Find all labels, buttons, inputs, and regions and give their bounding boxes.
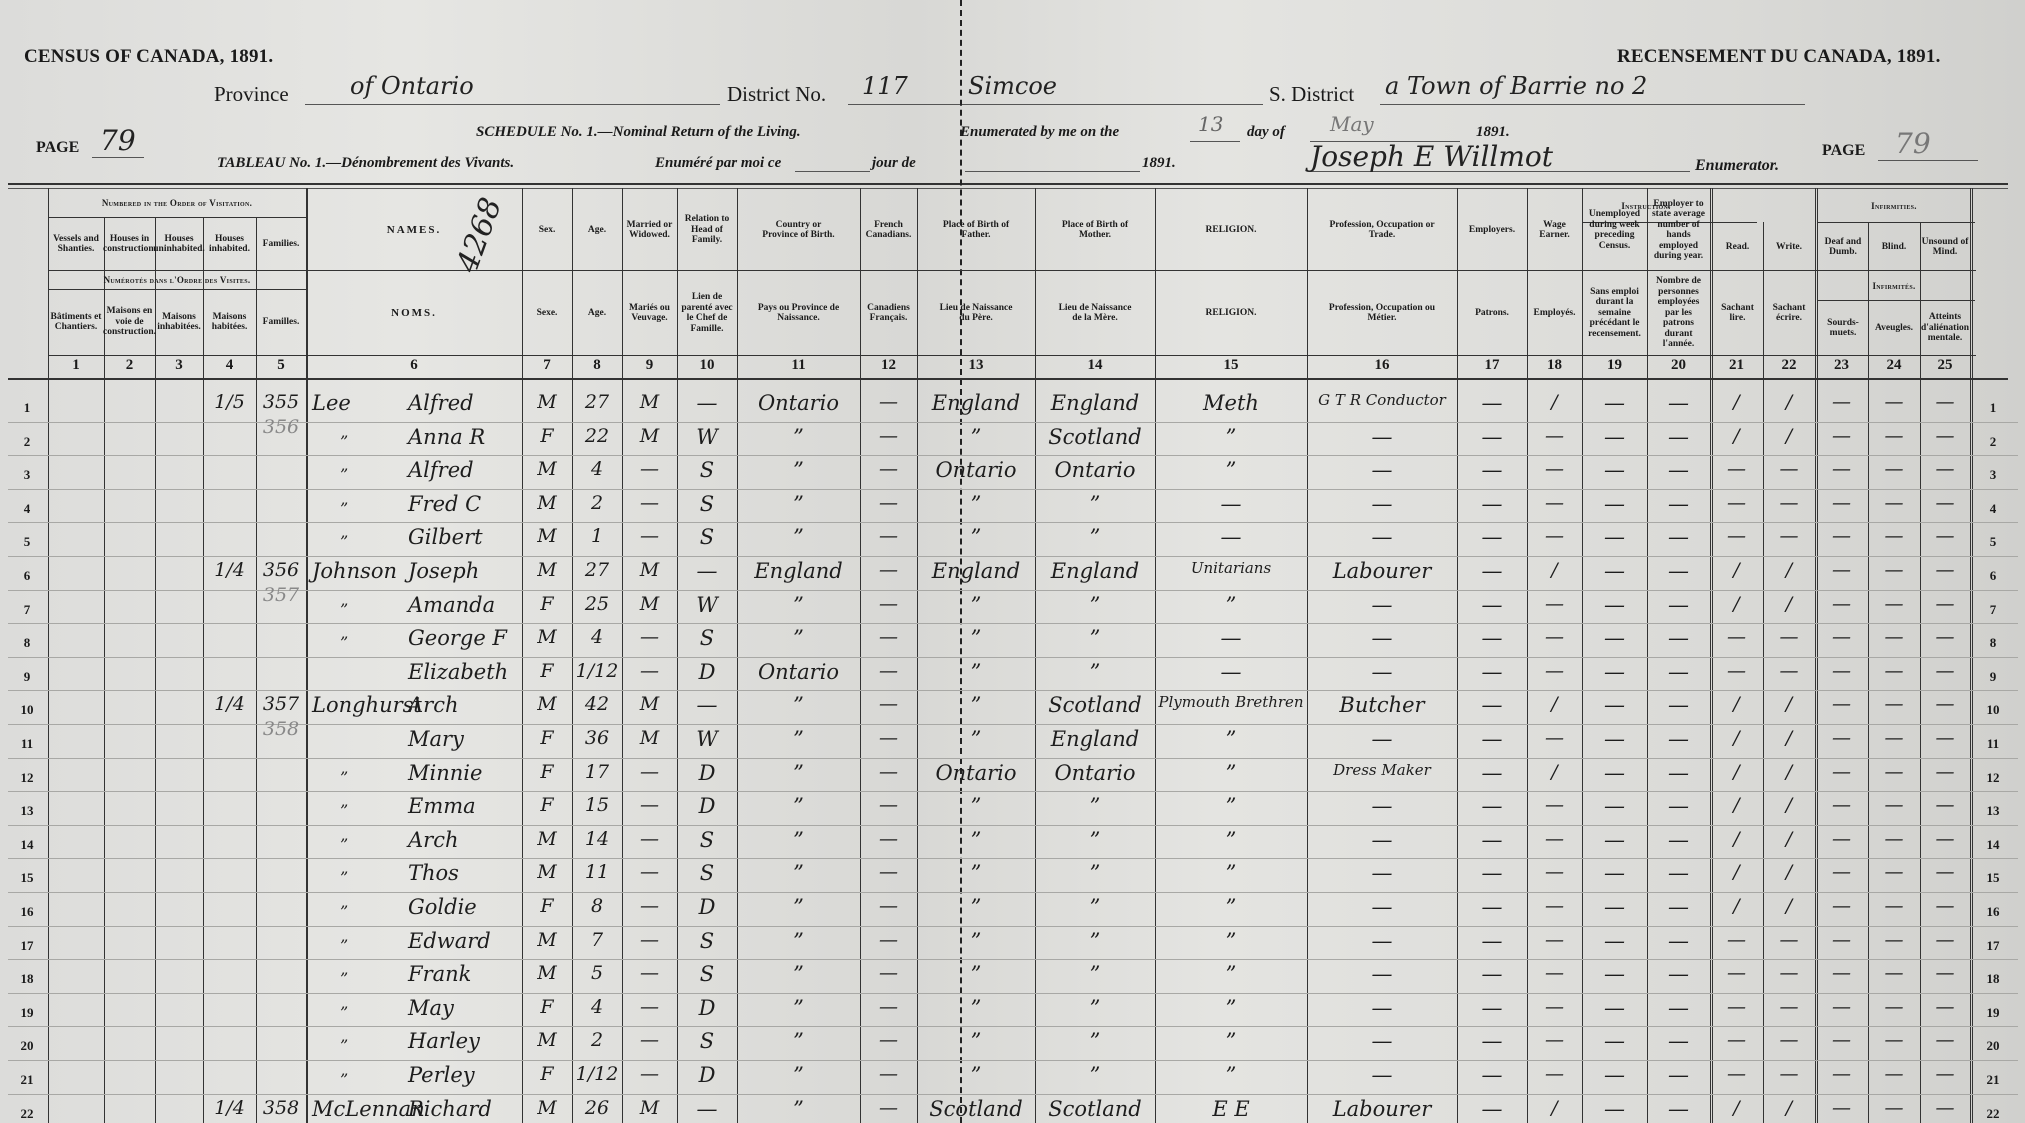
cell-mind: — [1920,559,1970,581]
row-rule [8,489,2018,490]
cell-birth: ” [737,1097,860,1121]
row-number-left: 6 [12,568,42,584]
cell-mind: — [1920,391,1970,413]
cell-age: 17 [572,761,622,783]
cell-blind: — [1868,794,1920,816]
cell-father: ” [917,593,1035,617]
cell-hands: — [1647,391,1710,415]
cell-hands: — [1647,660,1710,684]
col-header-fr: Employés. [1527,272,1582,354]
row-rule [8,858,2018,859]
cell-deaf: — [1815,425,1868,447]
cell-fc: — [860,525,917,547]
row-number-right: 5 [1978,534,2008,550]
cell-read: / [1710,391,1763,413]
cell-deaf: — [1815,962,1868,984]
column-number: 4 [203,357,256,374]
row-rule [8,1094,2018,1095]
row-number-right: 16 [1978,904,2008,920]
surname: ” [340,868,348,887]
cell-fc: — [860,660,917,682]
row-number-right: 13 [1978,803,2008,819]
cell-fc: — [860,1063,917,1085]
row-number-left: 18 [12,971,42,987]
day-of-text: day of [1247,124,1285,141]
cell-fc: — [860,425,917,447]
cell-sex: F [522,1063,572,1085]
cell-mar: M [622,593,677,615]
given-name: Goldie [408,895,477,919]
cell-hands: — [1647,626,1710,650]
column-number: 1 [48,357,104,374]
cell-sex: M [522,626,572,648]
cell-sex: F [522,593,572,615]
row-rule [8,1060,2018,1061]
column-number: 24 [1868,357,1920,374]
cell-age: 1 [572,525,622,547]
cell-unemp: — [1582,525,1647,549]
cell-write: — [1763,1029,1815,1051]
col-header-en: French Canadians. [860,190,917,270]
cell-read: / [1710,861,1763,883]
col-header-en: Country or Province of Birth. [737,190,860,270]
cell-deaf: — [1815,458,1868,480]
district-underline [848,104,1263,105]
col-header-fr: Sachant écrire. [1763,272,1815,354]
cell-birth: ” [737,492,860,516]
cell-occ: — [1307,425,1457,449]
col-header-en: Houses uninhabited. [155,219,203,269]
cell-sex: M [522,861,572,883]
cell-religion: Plymouth Brethren [1155,693,1307,711]
cell-birth: ” [737,895,860,919]
cell-occ: — [1307,492,1457,516]
cell-father: ” [917,727,1035,751]
col-header-fr: Sachant lire. [1712,272,1763,354]
row-number-right: 11 [1978,736,2008,752]
census-page: CENSUS OF CANADA, 1891. RECENSEMENT DU C… [0,0,2025,1123]
cell-write: — [1763,626,1815,648]
cell-fc: — [860,962,917,984]
schedule-french: TABLEAU No. 1.—Dénombrement des Vivants. [217,155,514,172]
surname: ” [340,532,348,551]
cell-mind: — [1920,929,1970,951]
cell-blind: — [1868,492,1920,514]
row-number-left: 10 [12,702,42,718]
page-underline-right [1878,160,1978,161]
col-header-fr: Maisons inhabitées. [155,291,203,353]
cell-father: Ontario [917,761,1035,785]
cell-rel: D [677,794,737,818]
cell-mother: ” [1035,492,1155,516]
row-number-left: 11 [12,736,42,752]
col-header-fr: Lieu de Naissance du Père. [917,272,1035,354]
row-number-right: 17 [1978,938,2008,954]
cell-religion: ” [1155,962,1307,986]
row-rule [8,556,2018,557]
cell-write: / [1763,727,1815,749]
col-header-fr: Mariés ou Veuvage. [622,272,677,354]
cell-read: — [1710,1063,1763,1085]
row-number-left: 19 [12,1005,42,1021]
row-number-left: 17 [12,938,42,954]
row-number-right: 10 [1978,702,2008,718]
cell-father: Scotland [917,1097,1035,1121]
cell-fc: — [860,861,917,883]
province-underline [305,104,720,105]
cell-sex: M [522,458,572,480]
col-header-en: Relation to Head of Family. [677,190,737,270]
col-header-en: Houses in construction. [104,219,155,269]
cell-sex: F [522,761,572,783]
cell-occ: — [1307,828,1457,852]
cell-mother: ” [1035,828,1155,852]
cell-wage: — [1527,895,1582,917]
cell-emp: — [1457,626,1527,650]
cell-hands: — [1647,1097,1710,1121]
group-infirmities-fr: Infirmités. [1818,274,1970,298]
cell-hands: — [1647,828,1710,852]
cell-read: — [1710,660,1763,682]
cell-mar: — [622,962,677,984]
cell-mind: — [1920,660,1970,682]
cell-blind: — [1868,525,1920,547]
cell-religion: — [1155,660,1307,684]
row-rule [8,422,2018,423]
cell-fc: — [860,828,917,850]
given-name: Anna R [408,425,485,449]
cell-unemp: — [1582,559,1647,583]
district-number: 117 [862,72,908,100]
column-number: 9 [622,357,677,374]
row-number-right: 19 [1978,1005,2008,1021]
column-number: 6 [306,357,522,374]
cell-blind: — [1868,693,1920,715]
cell-religion: ” [1155,996,1307,1020]
day-underline [1190,141,1240,142]
cell-read: — [1710,492,1763,514]
cell-rel: W [677,727,737,751]
cell-fc: — [860,693,917,715]
given-name: Thos [408,861,459,885]
cell-wage: / [1527,1097,1582,1119]
col-header-en: Sex. [522,190,572,270]
cell-rel: D [677,1063,737,1087]
cell-emp: — [1457,525,1527,549]
cell-mar: M [622,1097,677,1119]
cell-age: 25 [572,593,622,615]
cell-unemp: — [1582,929,1647,953]
col-header-en: Employer to state average number of hand… [1647,190,1710,270]
cell-fc: — [860,895,917,917]
col-header-en: Married or Widowed. [622,190,677,270]
cell-religion: Unitarians [1155,559,1307,577]
surname: Johnson [312,559,397,583]
row-number-right: 9 [1978,669,2008,685]
cell-occ: G T R Conductor [1307,391,1457,409]
cell-age: 22 [572,425,622,447]
cell-hands: — [1647,693,1710,717]
cell-hands: — [1647,996,1710,1020]
row-rule [8,825,2018,826]
subdistrict-label: S. District [1269,82,1354,107]
cell-deaf: — [1815,693,1868,715]
cell-occ: — [1307,626,1457,650]
cell-read: / [1710,425,1763,447]
cell-religion: ” [1155,861,1307,885]
cell-unemp: — [1582,626,1647,650]
cell-hands: — [1647,895,1710,919]
cell-rel: — [677,559,737,583]
given-name: George F [408,626,507,650]
cell-blind: — [1868,391,1920,413]
cell-mind: — [1920,693,1970,715]
cell-fc: — [860,727,917,749]
col-header-fr: Patrons. [1457,272,1527,354]
cell-father: ” [917,492,1035,516]
cell-rel: S [677,626,737,650]
column-number: 23 [1815,357,1868,374]
row-number-right: 3 [1978,467,2008,483]
given-name: Elizabeth [408,660,508,684]
cell-emp: — [1457,1097,1527,1121]
cell-write: — [1763,458,1815,480]
cell-read: / [1710,794,1763,816]
row-number-left: 4 [12,501,42,517]
cell-wage: — [1527,525,1582,547]
cell-father: ” [917,693,1035,717]
cell-mar: — [622,660,677,682]
cell-read: — [1710,626,1763,648]
cell-emp: — [1457,1063,1527,1087]
cell-wage: / [1527,693,1582,715]
cell-emp: — [1457,996,1527,1020]
cell-deaf: — [1815,660,1868,682]
cell-mar: — [622,525,677,547]
district-label: District No. [727,82,826,107]
cell-sex: M [522,492,572,514]
cell-unemp: — [1582,425,1647,449]
cell-mind: — [1920,861,1970,883]
cell-birth: England [737,559,860,583]
cell-wage: — [1527,727,1582,749]
infirmities-group-divider [1818,222,1975,223]
jour-de-text: jour de [872,155,916,172]
cell-rel: S [677,828,737,852]
cell-wage: — [1527,626,1582,648]
col-header-fr: Lien de parenté avec le Chef de Famille. [677,272,737,354]
cell-unemp: — [1582,727,1647,751]
row-number-right: 4 [1978,501,2008,517]
row-number-left: 14 [12,837,42,853]
title-english: CENSUS OF CANADA, 1891. [24,46,273,68]
cell-unemp: — [1582,761,1647,785]
cell-sex: M [522,525,572,547]
given-name: Mary [408,727,464,751]
visit-group-divider [48,217,306,218]
cell-blind: — [1868,996,1920,1018]
enumerated-by-text: Enumerated by me on the [960,124,1119,141]
cell-emp: — [1457,1029,1527,1053]
cell-mind: — [1920,1063,1970,1085]
given-name: Arch [408,693,459,717]
header-divider-numbers [48,355,1976,356]
col-header-en: Blind. [1868,224,1920,270]
cell-birth: ” [737,929,860,953]
col-header-fr: Maisons habitées. [203,291,256,353]
cell-read: / [1710,1097,1763,1119]
row-rule [8,791,2018,792]
cell-sex: M [522,1097,572,1119]
given-name: Arch [408,828,459,852]
given-name: Fred C [408,492,481,516]
row-rule [8,926,2018,927]
cell-birth: ” [737,593,860,617]
page-underline-left [92,157,144,158]
row-rule [8,1026,2018,1027]
cell-mar: — [622,861,677,883]
cell-rel: W [677,425,737,449]
enumere-par-text: Enuméré par moi ce [655,155,781,172]
cell-fc: — [860,929,917,951]
surname: ” [340,465,348,484]
cell-wage: — [1527,929,1582,951]
given-name: Frank [408,962,471,986]
column-number: 8 [572,357,622,374]
col-header-en: Age. [572,190,622,270]
col-header-en: Unemployed during week preceding Census. [1582,190,1647,270]
col-header-fr: Maisons en voie de construction. [104,291,155,353]
cell-mother: ” [1035,593,1155,617]
col-header-fr: NOMS. [306,272,522,354]
surname: Lee [312,391,351,415]
cell-age: 1/12 [572,660,622,682]
cell-age: 8 [572,895,622,917]
cell-read: / [1710,693,1763,715]
cell-mother: England [1035,727,1155,751]
cell-deaf: — [1815,861,1868,883]
cell-write: / [1763,1097,1815,1119]
cell-age: 11 [572,861,622,883]
cell-deaf: — [1815,929,1868,951]
column-number: 7 [522,357,572,374]
cell-age: 36 [572,727,622,749]
col-header-fr: Pays ou Province de Naissance. [737,272,860,354]
cell-read: — [1710,929,1763,951]
cell-mother: Scotland [1035,693,1155,717]
cell-mar: — [622,1029,677,1051]
cell-write: — [1763,492,1815,514]
cell-deaf: — [1815,1097,1868,1119]
surname: ” [340,801,348,820]
cell-occ: Labourer [1307,1097,1457,1121]
cell-mother: ” [1035,895,1155,919]
cell-deaf: — [1815,1063,1868,1085]
col-header-en: RELIGION. [1155,190,1307,270]
cell-wage: — [1527,458,1582,480]
enumerator-signature: Joseph E Willmot [1310,140,1553,173]
page-number-right: 79 [1895,127,1931,160]
col-header-fr: Sourds-muets. [1818,302,1868,354]
cell-mind: — [1920,828,1970,850]
province-label: Province [214,82,289,107]
cell-emp: — [1457,693,1527,717]
cell-blind: — [1868,458,1920,480]
cell-hands: — [1647,425,1710,449]
cell-birth: Ontario [737,660,860,684]
cell-write: / [1763,593,1815,615]
cell-mar: M [622,693,677,715]
cell-father: ” [917,425,1035,449]
cell-emp: — [1457,458,1527,482]
cell-emp: — [1457,794,1527,818]
cell-emp: — [1457,492,1527,516]
given-name: Richard [408,1097,492,1121]
cell-write: — [1763,929,1815,951]
cell-read: — [1710,1029,1763,1051]
schedule-english: SCHEDULE No. 1.—Nominal Return of the Li… [476,124,801,141]
cell-birth: ” [737,525,860,549]
cell-hands: — [1647,1029,1710,1053]
row-number-right: 8 [1978,635,2008,651]
cell-c5: 357 [256,693,306,715]
cell-religion: Meth [1155,391,1307,415]
row-rule [8,623,2018,624]
cell-emp: — [1457,895,1527,919]
column-number: 21 [1710,357,1763,374]
cell-blind: — [1868,626,1920,648]
cell-unemp: — [1582,895,1647,919]
cell-deaf: — [1815,626,1868,648]
title-french: RECENSEMENT DU CANADA, 1891. [1617,46,1941,68]
cell-mother: Scotland [1035,425,1155,449]
cell-hands: — [1647,1063,1710,1087]
cell-mar: — [622,626,677,648]
infirmities-group-divider-fr [1818,300,1975,301]
cell-birth: ” [737,1063,860,1087]
cell-mind: — [1920,727,1970,749]
cell-religion: — [1155,492,1307,516]
cell-mind: — [1920,761,1970,783]
enumerator-label: Enumerator. [1695,157,1779,175]
col-header-fr: Atteints d'aliénation mentale. [1920,302,1970,354]
cell-father: ” [917,1063,1035,1087]
cell-unemp: — [1582,693,1647,717]
cell-father: ” [917,660,1035,684]
cell-wage: — [1527,1029,1582,1051]
cell-mar: — [622,761,677,783]
col-header-fr: Sans emploi durant la semaine précédant … [1582,272,1647,354]
cell-wage: — [1527,996,1582,1018]
row-rule [8,959,2018,960]
visit-group-divider-fr [48,289,306,290]
col-header-fr: Age. [572,272,622,354]
row-rule [8,657,2018,658]
cell-unemp: — [1582,1063,1647,1087]
cell-rel: — [677,693,737,717]
col-header-en: Write. [1763,224,1815,270]
cell-deaf: — [1815,794,1868,816]
surname: ” [340,969,348,988]
cell-occ: — [1307,593,1457,617]
column-number: 11 [737,357,860,374]
cell-read: — [1710,962,1763,984]
row-number-left: 5 [12,534,42,550]
cell-age: 27 [572,559,622,581]
cell-rel: D [677,761,737,785]
cell-father: ” [917,962,1035,986]
cell-read: / [1710,593,1763,615]
